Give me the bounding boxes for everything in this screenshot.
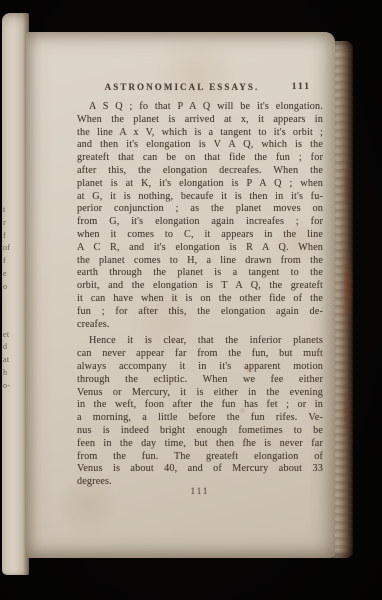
text-line: Venus or Mercury, it is either in the ev…	[77, 387, 323, 400]
text-line: always accompany it in it's apparent mot…	[77, 361, 323, 374]
verso-text-fragment: e	[3, 269, 15, 278]
book-page: ASTRONOMICAL ESSAYS. 111 A S Q ; fo that…	[26, 32, 335, 558]
book-photo: trfoffeoetdatho- ASTRONOMICAL ESSAYS. 11…	[0, 0, 382, 600]
verso-text-fragment: o-	[3, 381, 15, 390]
text-line: Hence it is clear, that the inferior pla…	[77, 335, 323, 348]
verso-text-fragment: at	[3, 355, 15, 364]
text-line: When the planet is arrived at x, it appe…	[77, 114, 323, 127]
previous-page-edge: trfoffeoetdatho-	[2, 13, 29, 575]
text-line: the line A x V, which is a tangent to it…	[77, 127, 323, 140]
running-title: ASTRONOMICAL ESSAYS.	[77, 82, 323, 92]
text-line: Venus is about 40, and of Mercury about …	[77, 463, 323, 476]
text-line: fun ; for after this, the elongation aga…	[77, 306, 323, 319]
text-line: orbit, and the elongation is T A Q, the …	[77, 280, 323, 293]
signature-mark: 111	[77, 486, 323, 496]
page-header: ASTRONOMICAL ESSAYS. 111	[77, 82, 323, 95]
verso-text-fragment: t	[3, 205, 15, 214]
fore-edge-marbling	[332, 41, 353, 558]
verso-text-fragment: f	[3, 231, 15, 240]
verso-text-fragment: of	[3, 243, 15, 252]
page-body: A S Q ; fo that P A Q will be it's elong…	[77, 101, 323, 489]
text-line: from G, it's elongation again increafes …	[77, 216, 323, 229]
text-line: planet is at K, it's elongation is P A Q…	[77, 178, 323, 191]
paragraph: A S Q ; fo that P A Q will be it's elong…	[77, 101, 323, 331]
text-line: from the fun. The greateft elongation of	[77, 451, 323, 464]
text-line: perior conjunction ; as the planet moves…	[77, 203, 323, 216]
verso-text-fragment: o	[3, 282, 15, 291]
text-line: feen in the day time, but then fhe is ne…	[77, 438, 323, 451]
text-line: and then it's elongation is V A Q, which…	[77, 139, 323, 152]
text-line: A S Q ; fo that P A Q will be it's elong…	[77, 101, 323, 114]
text-line: greateft that can be on that fide the fu…	[77, 152, 323, 165]
text-line: earth through the planet is a tangent to…	[77, 267, 323, 280]
text-line: in the weft, foon after the fun has fet …	[77, 399, 323, 412]
verso-text-fragment: h	[3, 368, 15, 377]
text-line: it can have when it is on the other fide…	[77, 293, 323, 306]
text-line: through the ecliptic. When we fee either	[77, 374, 323, 387]
text-line: when it comes to C, it appears in the li…	[77, 229, 323, 242]
text-line: after this, the elongation decreafes. Wh…	[77, 165, 323, 178]
page-fore-edge	[332, 41, 353, 558]
verso-text-fragment: et	[3, 330, 15, 339]
text-line: at G, it is nothing, becaufe it is then …	[77, 191, 323, 204]
verso-text-fragment: r	[3, 218, 15, 227]
text-line: the planet comes to H, a line drawn from…	[77, 255, 323, 268]
text-line: nus is indeed bright enough fometimes to…	[77, 425, 323, 438]
verso-text-fragment: d	[3, 342, 15, 351]
text-line: can never appear far from the fun, but m…	[77, 348, 323, 361]
text-line: A C R, and it's elongation is R A Q. Whe…	[77, 242, 323, 255]
page-number: 111	[292, 82, 311, 92]
paragraph: Hence it is clear, that the inferior pla…	[77, 335, 323, 489]
text-line: creafes.	[77, 319, 323, 332]
text-line: a morning, a little before the fun rifes…	[77, 412, 323, 425]
verso-text-fragment: f	[3, 256, 15, 265]
